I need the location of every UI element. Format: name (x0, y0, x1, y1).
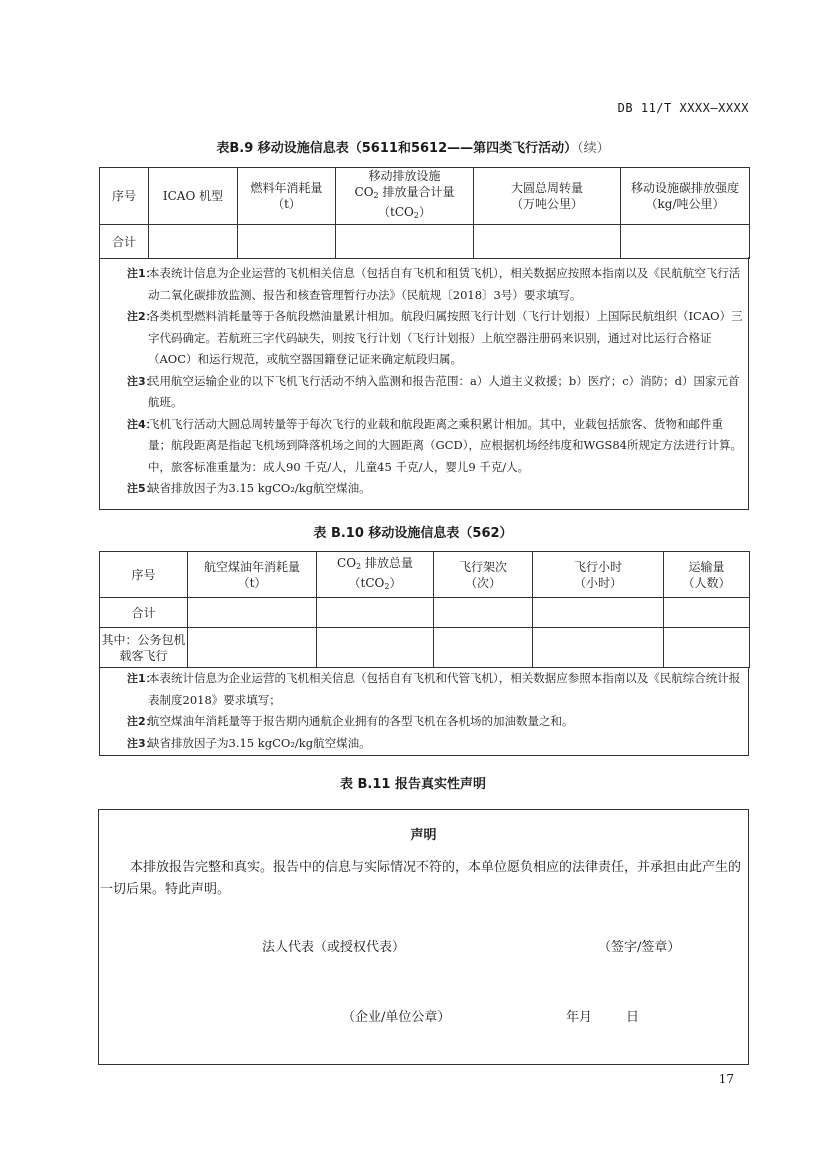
col-header-index: 序号 (100, 552, 188, 598)
declaration-title: 声明 (99, 824, 748, 843)
table-b9-caption-text: 表B.9 移动设施信息表（5611和5612——第四类飞行活动） (216, 141, 577, 156)
standard-code: DB 11/T XXXX—XXXX (618, 101, 749, 115)
row-label-total: 合计 (100, 225, 149, 259)
declaration-box: 声明 本排放报告完整和真实。报告中的信息与实际情况不符的，本单位愿负相应的法律责… (98, 809, 749, 1065)
declaration-body: 本排放报告完整和真实。报告中的信息与实际情况不符的，本单位愿负相应的法律责任，并… (99, 857, 748, 901)
table-b10: 序号 航空煤油年消耗量（t） CO2 排放总量（tCO2） 飞行架次（次） 飞行… (99, 551, 750, 668)
note-item: 注3：缺省排放因子为3.15 kgCO₂/kg航空煤油。 (100, 733, 748, 755)
col-header-great-circle-turnover: 大圆总周转量（万吨公里） (474, 168, 621, 225)
table-b9-header-row: 序号 ICAO 机型 燃料年消耗量（t） 移动排放设施CO2 排放量合计量（tC… (100, 168, 750, 225)
page-number: 17 (719, 1072, 734, 1086)
note-item: 注1：本表统计信息为企业运营的飞机相关信息（包括自有飞机和代管飞机），相关数据应… (100, 668, 748, 711)
table-b10-caption: 表 B.10 移动设施信息表（562） (0, 522, 826, 541)
col-header-fuel-consumption: 燃料年消耗量（t） (238, 168, 336, 225)
col-header-transport-volume: 运输量（人数） (664, 552, 750, 598)
col-header-icao-type: ICAO 机型 (149, 168, 238, 225)
table-row: 其中：公务包机载客飞行 (100, 628, 750, 668)
table-b9-notes: 注1：本表统计信息为企业运营的飞机相关信息（包括自有飞机和租赁飞机），相关数据应… (99, 257, 749, 510)
date-day-field[interactable]: 日 (626, 1006, 639, 1025)
table-cell[interactable] (149, 225, 238, 259)
note-item: 注3：民用航空运输企业的以下飞机飞行活动不纳入监测和报告范围：a）人道主义救援；… (100, 371, 748, 414)
table-row: 合计 (100, 225, 750, 259)
row-label-total: 合计 (100, 598, 188, 628)
company-seal-field[interactable]: （企业/单位公章） (342, 1006, 450, 1025)
table-cell[interactable] (188, 628, 317, 668)
table-cell[interactable] (664, 628, 750, 668)
col-header-emission-intensity: 移动设施碳排放强度（kg/吨公里） (621, 168, 750, 225)
col-header-jet-fuel-consumption: 航空煤油年消耗量（t） (188, 552, 317, 598)
row-label-business-charter: 其中：公务包机载客飞行 (100, 628, 188, 668)
col-header-flight-hours: 飞行小时（小时） (533, 552, 664, 598)
col-header-co2-total: CO2 排放总量（tCO2） (317, 552, 434, 598)
table-b9-continued: （续） (577, 141, 610, 156)
table-b10-notes: 注1：本表统计信息为企业运营的飞机相关信息（包括自有飞机和代管飞机），相关数据应… (99, 667, 749, 756)
table-cell[interactable] (336, 225, 474, 259)
table-cell[interactable] (664, 598, 750, 628)
table-cell[interactable] (317, 628, 434, 668)
note-item: 注5：缺省排放因子为3.15 kgCO₂/kg航空煤油。 (100, 478, 748, 500)
table-b9: 序号 ICAO 机型 燃料年消耗量（t） 移动排放设施CO2 排放量合计量（tC… (99, 167, 750, 259)
table-b10-header-row: 序号 航空煤油年消耗量（t） CO2 排放总量（tCO2） 飞行架次（次） 飞行… (100, 552, 750, 598)
col-header-flight-sorties: 飞行架次（次） (434, 552, 533, 598)
date-year-month-field[interactable]: 年月 (566, 1006, 592, 1025)
table-cell[interactable] (434, 598, 533, 628)
col-header-index: 序号 (100, 168, 149, 225)
table-cell[interactable] (238, 225, 336, 259)
note-item: 注2：各类机型燃料消耗量等于各航段燃油量累计相加。航段归属按照飞行计划（飞行计划… (100, 306, 748, 371)
table-b11-caption: 表 B.11 报告真实性声明 (0, 773, 826, 792)
signature-field[interactable]: （签字/签章） (598, 936, 680, 955)
table-cell[interactable] (533, 628, 664, 668)
note-item: 注2：航空煤油年消耗量等于报告期内通航企业拥有的各型飞机在各机场的加油数量之和。 (100, 711, 748, 733)
table-cell[interactable] (317, 598, 434, 628)
col-header-co2-total: 移动排放设施CO2 排放量合计量（tCO2） (336, 168, 474, 225)
table-b9-caption: 表B.9 移动设施信息表（5611和5612——第四类飞行活动）（续） (0, 137, 826, 156)
table-cell[interactable] (474, 225, 621, 259)
legal-representative-label: 法人代表（或授权代表） (262, 936, 405, 955)
table-row: 合计 (100, 598, 750, 628)
table-cell[interactable] (434, 628, 533, 668)
note-item: 注4：飞机飞行活动大圆总周转量等于每次飞行的业载和航段距离之乘积累计相加。其中，… (100, 414, 748, 479)
table-cell[interactable] (621, 225, 750, 259)
table-cell[interactable] (188, 598, 317, 628)
table-cell[interactable] (533, 598, 664, 628)
note-item: 注1：本表统计信息为企业运营的飞机相关信息（包括自有飞机和租赁飞机），相关数据应… (100, 263, 748, 306)
